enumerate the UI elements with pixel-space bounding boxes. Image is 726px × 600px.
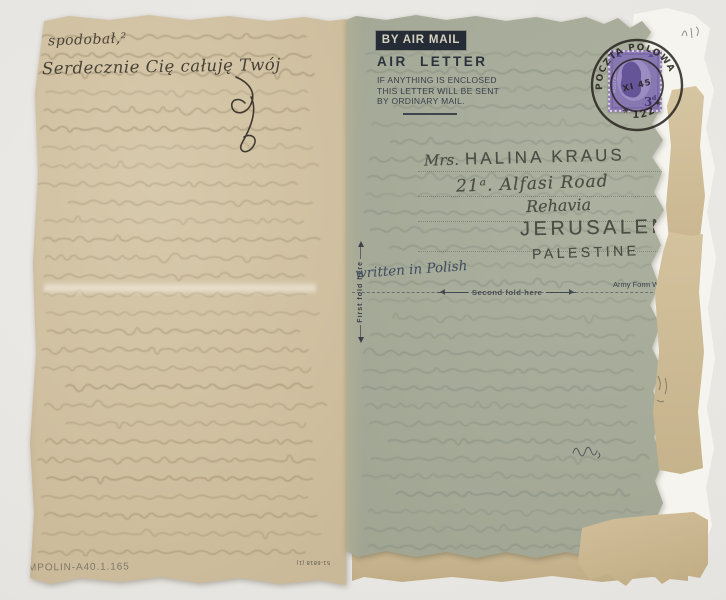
second-fold-label: Second fold here (438, 288, 576, 297)
open-cut-text: To open cut here (364, 558, 422, 564)
form-print-code: 51-6818 (1) (296, 559, 330, 565)
postmark-number: * 122 * (618, 97, 669, 126)
fold-arrow-down-icon (358, 337, 364, 346)
notice-line: IF ANYTHING IS ENCLOSED (377, 75, 499, 86)
address-district: Rehavia (526, 195, 592, 216)
paper-crease-streak (44, 281, 316, 295)
svg-text:* 122 *: * 122 * (618, 97, 669, 126)
pencil-marks (654, 374, 670, 406)
notice-line: BY ORDINARY MAIL. (377, 96, 499, 107)
divider-rule (403, 113, 457, 115)
air-letter-title: AIR LETTER (377, 54, 488, 69)
second-fold-text: Second fold here (472, 288, 542, 297)
bleed-through-writing (24, 13, 346, 585)
scan-background: spodobał,² Serdecznie Cię całuję Twój 51… (0, 0, 726, 600)
enclosure-notice: IF ANYTHING IS ENCLOSED THIS LETTER WILL… (377, 75, 499, 107)
left-page-wrapper: spodobał,² Serdecznie Cię całuję Twój 51… (24, 13, 346, 585)
address-honorific: Mrs. (424, 151, 459, 170)
handwritten-closing-line1: spodobał,² (48, 31, 127, 50)
by-air-mail-banner: BY AIR MAIL (376, 31, 466, 50)
catalog-number: MPOLIN-A40.1.165 (28, 561, 130, 573)
postmark-date: XI 45 (622, 78, 653, 95)
repair-tape-strip (653, 232, 705, 474)
open-cut-bottom-label: To open cut here (356, 558, 422, 564)
address-name: HALINA KRAUS (465, 145, 625, 168)
letter-left-page: spodobał,² Serdecznie Cię całuję Twój 51… (24, 13, 346, 585)
notice-line: THIS LETTER WILL BE SENT (377, 86, 499, 97)
cut-arrow-icon (356, 559, 362, 563)
fold-arrow-up-icon (358, 238, 364, 247)
signature-flourish (206, 73, 290, 157)
fold-arrow-right-icon (546, 292, 576, 293)
address-guide-line (418, 171, 666, 172)
address-city: JERUSALEM (520, 216, 672, 242)
first-fold-label: First fold here (354, 238, 367, 346)
fold-arrow-left-icon (438, 292, 468, 293)
postmark: POCZTA POLOWA * 122 * XI 45 (588, 36, 686, 134)
first-fold-text: First fold here (357, 261, 364, 323)
ink-scribble (571, 443, 605, 463)
